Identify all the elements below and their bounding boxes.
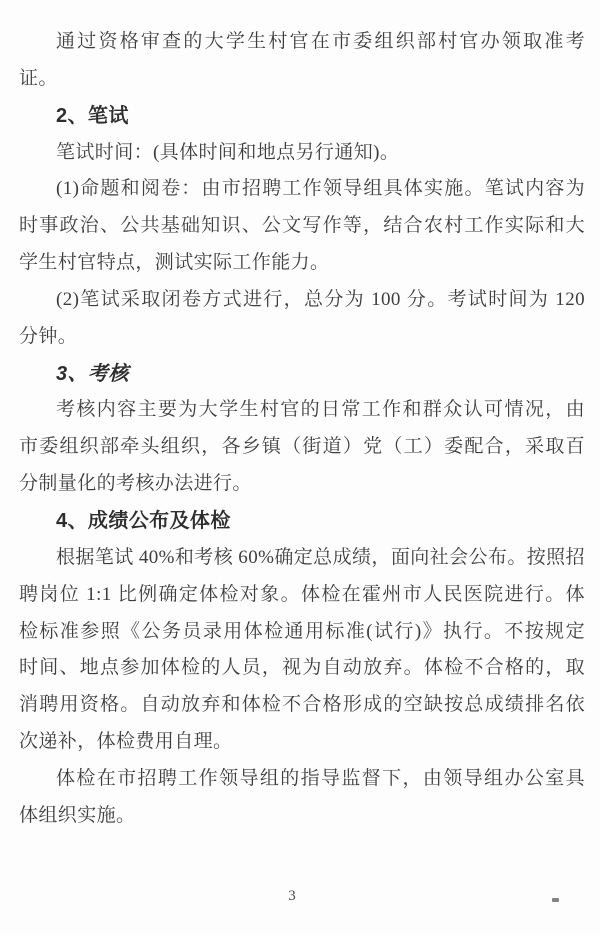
- text-line: 分钟。: [19, 319, 585, 356]
- document-body: 通过资格审查的大学生村官在市委组织部村官办领取准考证。2、笔试笔试时间：(具体时…: [19, 24, 585, 835]
- text-line: 市委组织部牵头组织，各乡镇（街道）党（工）委配合，采取百: [19, 429, 585, 466]
- text-line: 聘岗位 1:1 比例确定体检对象。体检在霍州市人民医院进行。体: [19, 577, 585, 614]
- text-line: 次递补，体检费用自理。: [19, 724, 585, 761]
- section-heading: 4、成绩公布及体检: [19, 503, 585, 540]
- document-page: 通过资格审查的大学生村官在市委组织部村官办领取准考证。2、笔试笔试时间：(具体时…: [0, 0, 600, 935]
- section-heading: 3、考核: [19, 356, 585, 393]
- text-line: 消聘用资格。自动放弃和体检不合格形成的空缺按总成绩排名依: [19, 687, 585, 724]
- text-line: 证。: [19, 61, 585, 98]
- text-line: 考核内容主要为大学生村官的日常工作和群众认可情况，由: [19, 392, 585, 429]
- text-line: 分制量化的考核办法进行。: [19, 466, 585, 503]
- text-line: (2)笔试采取闭卷方式进行，总分为 100 分。考试时间为 120: [19, 282, 585, 319]
- page-footer: 3: [0, 887, 600, 905]
- text-line: 学生村官特点，测试实际工作能力。: [19, 245, 585, 282]
- text-line: 笔试时间：(具体时间和地点另行通知)。: [19, 135, 585, 172]
- text-line: 时事政治、公共基础知识、公文写作等，结合农村工作实际和大: [19, 208, 585, 245]
- text-line: (1)命题和阅卷：由市招聘工作领导组具体实施。笔试内容为: [19, 171, 585, 208]
- text-line: 体检在市招聘工作领导组的指导监督下，由领导组办公室具: [19, 761, 585, 798]
- scan-artifact-mark: [552, 898, 559, 902]
- text-line: 通过资格审查的大学生村官在市委组织部村官办领取准考: [19, 24, 585, 61]
- section-heading: 2、笔试: [19, 98, 585, 135]
- text-line: 体组织实施。: [19, 798, 585, 835]
- page-number: 3: [288, 888, 296, 905]
- text-line: 时间、地点参加体检的人员，视为自动放弃。体检不合格的，取: [19, 650, 585, 687]
- text-line: 检标准参照《公务员录用体检通用标准(试行)》执行。不按规定: [19, 614, 585, 651]
- text-line: 根据笔试 40%和考核 60%确定总成绩，面向社会公布。按照招: [19, 540, 585, 577]
